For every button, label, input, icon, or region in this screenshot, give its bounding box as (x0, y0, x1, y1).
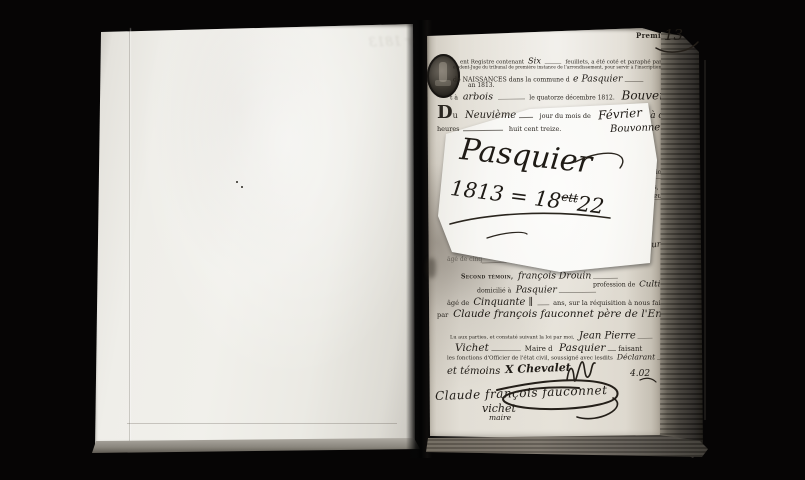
right-page-upper-text: Premier. ent Registre contenant Six feui… (427, 28, 663, 440)
heading-printed: le quatorze décembre 1812. (529, 95, 615, 102)
signing-place: arbois (463, 90, 493, 101)
day-written: Neuvième (465, 110, 516, 121)
folio-number: 13 (664, 26, 683, 44)
hours-printed: heures (437, 125, 460, 133)
act-opening-line: Du Neuvième jour du mois de Février à de… (437, 102, 663, 123)
stamp-base (435, 80, 451, 86)
judge-signature: Bouvenot (621, 88, 663, 102)
page-edge-sliver (704, 60, 706, 420)
bottom-page-stack (424, 435, 708, 459)
premier-label: Premier. (636, 31, 663, 40)
register-heading-line2: ésident-Juge du tribunal de première ins… (453, 65, 661, 70)
margin-signature: Bouvonnet (609, 122, 663, 135)
year-printed: huit cent treize. (509, 125, 561, 133)
register-scan: Pasquier 1813 ession ans, et lieu tivate… (0, 0, 805, 480)
commune-fill-in: e Pasquier (573, 73, 622, 84)
drop-initial: D (437, 102, 453, 123)
left-page-bottom-fold (127, 423, 397, 424)
ink-speck (236, 181, 238, 183)
left-page-detail: Pasquier 1813 (95, 24, 415, 448)
stamp-figure (439, 62, 447, 82)
heading-printed: t à (450, 95, 458, 102)
act-hours-line: heures huit cent treize. Bouvonnet (437, 123, 663, 134)
ink-speck (241, 186, 243, 188)
drop-initial-small: u (453, 111, 458, 120)
ink-bleedthrough: Pasquier 1813 (253, 32, 415, 54)
book-fore-edge (659, 28, 705, 460)
heading-printed: ésident-Juge du tribunal de première ins… (453, 65, 661, 70)
left-page-fold-line (129, 28, 130, 446)
opening-printed: jour du mois de (540, 112, 591, 120)
register-heading-line5: t à arbois le quatorze décembre 1812. Bo… (450, 88, 663, 102)
month-written: Février (598, 105, 643, 122)
